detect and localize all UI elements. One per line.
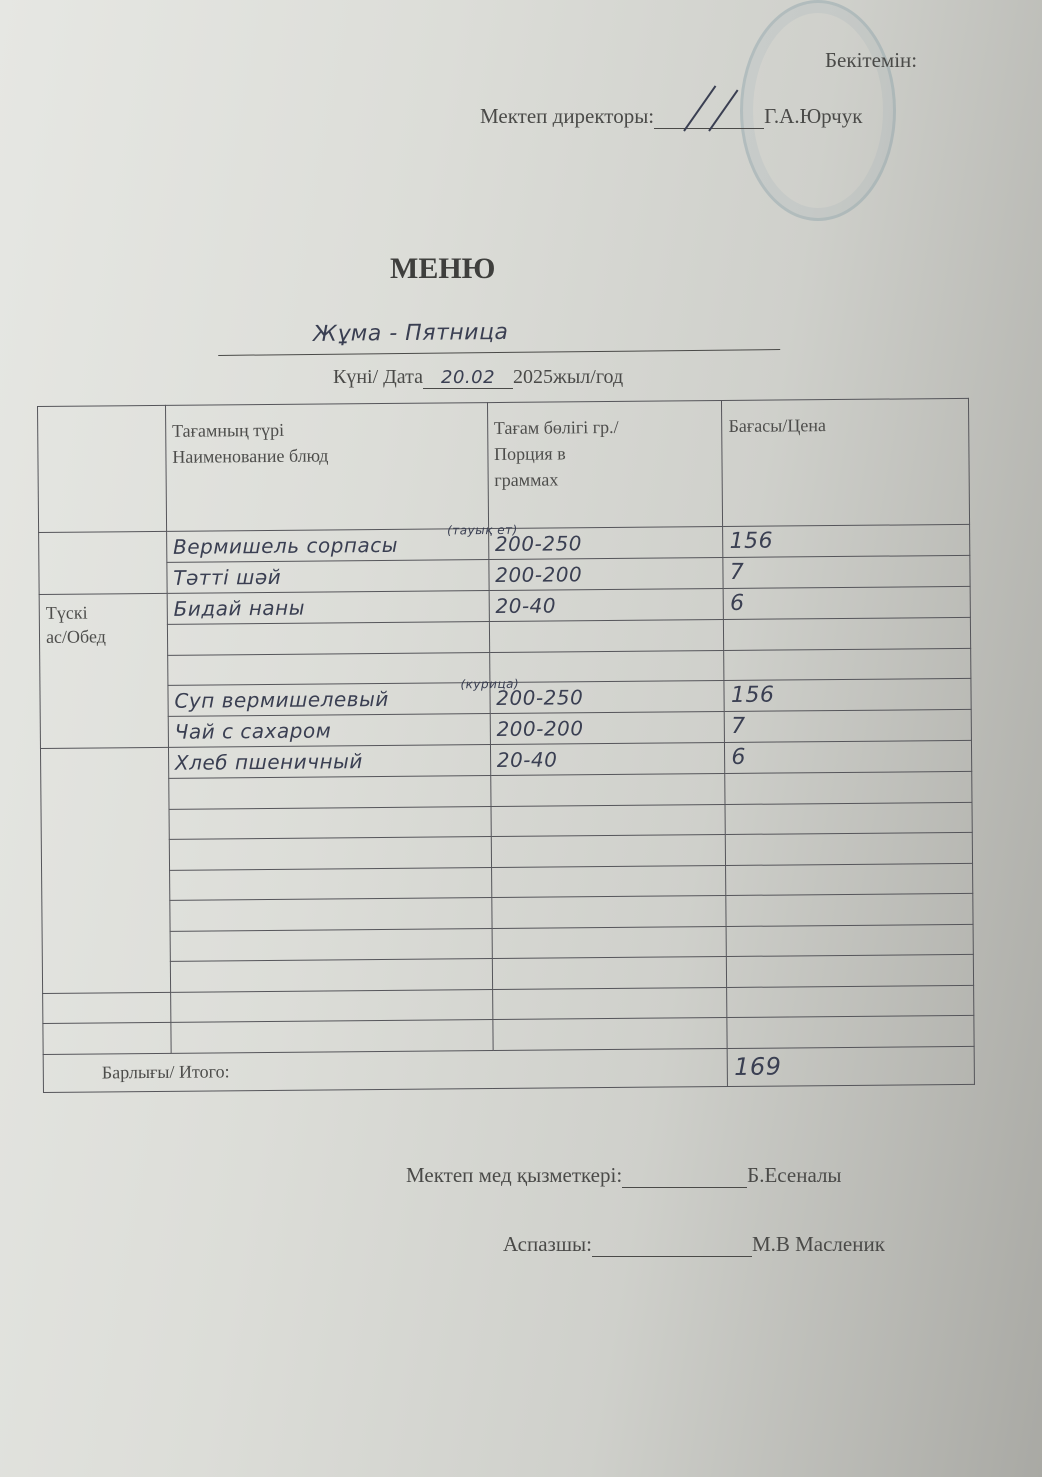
approval-label: Бекітемін: [825,48,917,73]
price-cell [727,985,974,1018]
portion-cell [491,865,726,898]
meal-cell-empty [43,1022,171,1054]
date-value: 20.02 [423,367,513,389]
price-cell [724,648,971,681]
portion-cell [490,774,725,807]
dish-name: Бидай наны [174,596,306,621]
meal-label-ru: ас/Обед [46,624,161,649]
portion-cell [489,650,724,683]
page-title: МЕНЮ [390,252,495,286]
dish-name: Вермишель сорпасы [173,533,398,559]
director-signature-line: Мектеп директоры:Г.А.Юрчук [480,104,862,129]
date-prefix: Күні/ Дата [333,366,423,388]
price-cell [725,802,972,835]
portion-cell [492,957,727,990]
cook-signature [592,1234,752,1257]
dish-name: Хлеб пшеничный [175,749,363,775]
price-cell: 7 [723,555,970,588]
dish-cell: Суп вермишелевый(курица) [168,683,490,717]
day-value: Жұма - Пятница [313,320,509,347]
director-label: Мектеп директоры: [480,104,654,128]
dish-cell: Тәтті шәй [167,560,489,594]
price-cell [727,1015,974,1048]
meal-cell-empty [43,992,171,1024]
dish-cell [169,806,491,839]
dish-cell [170,959,492,992]
header-portion-line2: Порция в [494,439,716,467]
dish-cell [170,989,492,1022]
header-portion-line1: Тағам бөлігі гр./ [494,413,716,441]
header-price: Бағасы/Цена [722,398,970,526]
portion-cell: 200-250 [488,527,723,560]
header-dish-kz: Тағамның түрі [172,415,481,444]
portion-cell [491,804,726,837]
header-dish: Тағамның түрі Наименование блюд [165,403,488,532]
dish-cell: Бидай наны [167,591,489,625]
meal-cell-empty [39,531,167,594]
dish-cell [170,898,492,931]
price-cell: 6 [725,740,972,773]
director-name: Г.А.Юрчук [764,104,862,128]
header-dish-ru: Наименование блюд [172,441,481,470]
price-cell [724,617,971,650]
med-worker-signature-line: Мектеп мед қызметкері:Б.Есеналы [406,1163,842,1188]
portion-cell: 200-250 [490,681,725,714]
menu-table: Тағамның түрі Наименование блюд Тағам бө… [37,398,975,1093]
portion-cell [492,926,727,959]
dish-name: Суп вермишелевый [174,687,389,713]
dish-cell: Вермишель сорпасы(тауық ет) [166,529,488,563]
meal-label-cell: Түскіас/Обед [39,593,168,748]
cook-label: Аспазшы: [503,1232,592,1256]
price-cell [726,924,973,957]
portion-cell [493,1018,728,1051]
price-cell [726,863,973,896]
med-worker-name: Б.Есеналы [747,1163,841,1187]
price-cell: 156 [724,678,971,711]
dish-cell: Чай с сахаром [168,714,490,748]
dish-cell: Хлеб пшеничный [168,745,490,779]
portion-cell [491,896,726,929]
cook-signature-line: Аспазшы:М.В Масленик [503,1232,885,1257]
price-cell [727,954,974,987]
portion-cell [489,620,724,653]
menu-document: Бекітемін: Мектеп директоры:Г.А.Юрчук МЕ… [0,0,1042,1477]
dish-cell [167,622,489,655]
meal-cell-empty [40,747,170,993]
price-cell [725,771,972,804]
dish-cell [170,928,492,961]
dish-cell [169,867,491,900]
dish-note: (тауық ет) [447,515,518,546]
price-cell: 7 [725,709,972,742]
director-signature [654,108,764,129]
portion-cell [492,987,727,1020]
portion-cell: 200-200 [490,712,725,745]
header-portion: Тағам бөлігі гр./ Порция в граммах [487,401,723,529]
price-cell [726,893,973,926]
portion-cell: 20-40 [489,589,724,622]
price-cell: 156 [723,524,970,557]
portion-cell: 200-200 [489,558,724,591]
dish-name: Тәтті шәй [173,565,281,590]
total-row: Барлығы/ Итого:169 [43,1046,974,1092]
header-meal [38,405,167,532]
header-portion-line3: граммах [494,465,716,493]
price-cell [726,832,973,865]
price-cell: 6 [723,586,970,619]
total-value: 169 [727,1046,974,1086]
portion-cell: 20-40 [490,743,725,776]
med-worker-label: Мектеп мед қызметкері: [406,1163,622,1187]
dish-note: (курица) [460,669,519,700]
total-label: Барлығы/ Итого: [43,1048,728,1092]
med-worker-signature [622,1165,747,1188]
dish-cell [168,652,490,685]
table-header-row: Тағамның түрі Наименование блюд Тағам бө… [38,398,970,532]
dish-name: Чай с сахаром [175,718,332,743]
date-field: Күні/ Дата20.022025жыл/год [333,366,623,389]
cook-name: М.В Масленик [752,1232,885,1256]
date-suffix: 2025жыл/год [513,366,623,388]
dish-cell [171,1020,493,1053]
day-field: Жұма - Пятница [218,309,780,356]
dish-cell [169,776,491,809]
dish-cell [169,837,491,870]
portion-cell [491,835,726,868]
meal-label-kz: Түскі [46,600,161,625]
